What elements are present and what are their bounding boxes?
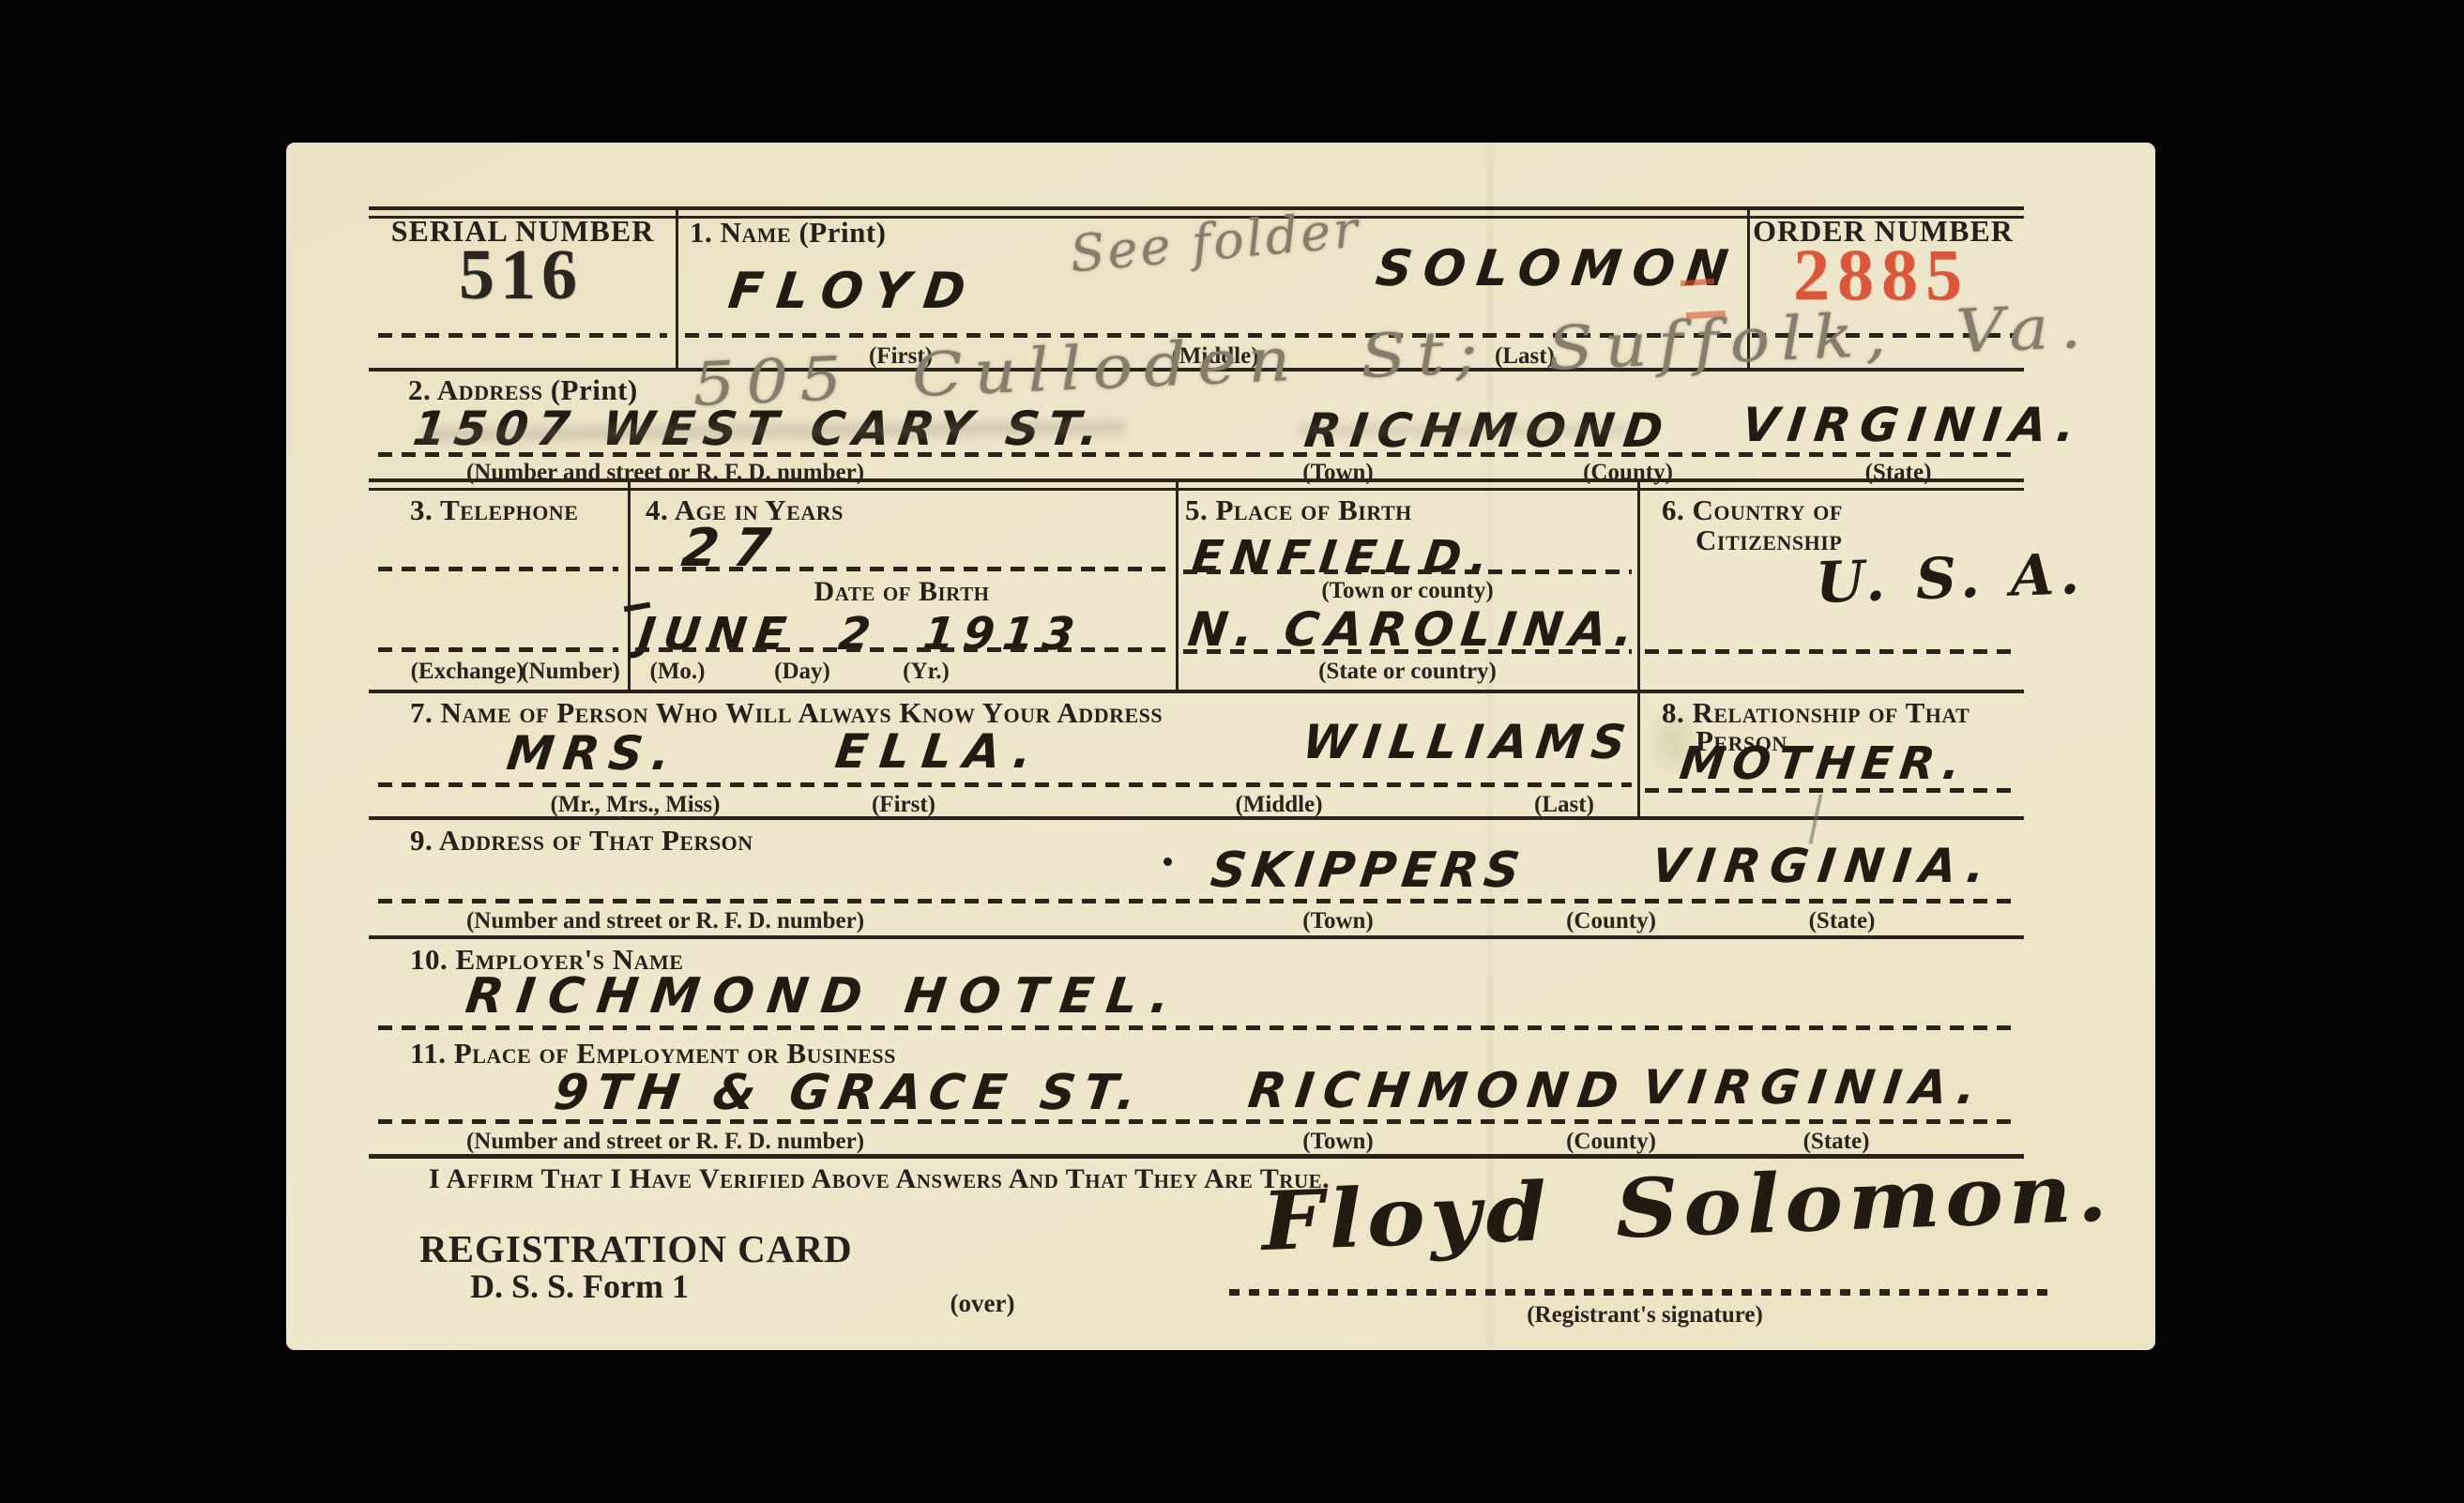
row9-bottom-border <box>369 935 2024 939</box>
contact-town-caption: (Town) <box>1302 908 1374 934</box>
name-first-value: FLOYD <box>725 263 982 320</box>
contact-state-value: VIRGINIA. <box>1649 839 1998 893</box>
serial-dashed-line <box>378 333 667 338</box>
contact-address-dashed-line <box>378 899 2020 903</box>
relationship-value: MOTHER. <box>1677 737 1970 790</box>
contact-last-caption: (Last) <box>1534 792 1594 818</box>
citizenship-value: U. S. A. <box>1815 541 2086 616</box>
telephone-label: 3. Telephone <box>410 493 578 527</box>
employment-county-caption: (County) <box>1566 1129 1656 1155</box>
signature-caption: (Registrant's signature) <box>1527 1302 1763 1328</box>
birth-citizenship-divider <box>1637 482 1640 690</box>
contact-title-caption: (Mr., Mrs., Miss) <box>551 792 721 818</box>
name-field-label: 1. Name (Print) <box>690 216 887 250</box>
contact-address-label: 9. Address of That Person <box>410 824 753 858</box>
form-number: D. S. S. Form 1 <box>470 1267 689 1306</box>
birth-town-value: ENFIELD. <box>1189 531 1500 584</box>
age-birth-divider <box>1176 482 1179 690</box>
name-label-main: 1. Name <box>690 216 791 249</box>
employment-town-value: RICHMOND <box>1245 1063 1631 1119</box>
telephone-dashed-line <box>378 647 618 652</box>
contact-surname-value: WILLIAMS <box>1300 715 1637 769</box>
contact-title-value: MRS. <box>504 726 682 781</box>
contact-town-value: SKIPPERS <box>1208 843 1529 899</box>
birth-state-caption: (State or country) <box>1318 659 1497 685</box>
employment-street-value: 9TH & GRACE ST. <box>551 1065 1148 1121</box>
address-town-caption: (Town) <box>1302 460 1374 486</box>
name-label-paren: (Print) <box>799 216 886 249</box>
contact-first-value: ELLA. <box>832 724 1047 779</box>
serial-number-value: 516 <box>459 235 583 316</box>
employment-dashed-line <box>378 1119 2020 1124</box>
address-state-value: VIRGINIA. <box>1739 398 2088 452</box>
employer-dashed-line <box>378 1025 2020 1030</box>
registrant-signature-value: Floyd Solomon. <box>1260 1145 2114 1269</box>
row3-bottom-border <box>369 690 2024 693</box>
dob-day-caption: (Day) <box>774 659 830 685</box>
date-of-birth-label: Date of Birth <box>814 576 990 608</box>
citizenship-dashed-line <box>1645 649 2018 654</box>
address-county-caption: (County) <box>1583 460 1673 486</box>
birth-dashed-line <box>1183 649 1632 654</box>
card-title: REGISTRATION CARD <box>419 1226 853 1271</box>
stray-ink-dot <box>1164 858 1172 866</box>
contact-state-caption: (State) <box>1809 908 1876 934</box>
over-note: (over) <box>951 1289 1015 1318</box>
employment-state-caption: (State) <box>1803 1129 1870 1155</box>
contact-county-caption: (County) <box>1566 908 1656 934</box>
contact-dashed-line <box>378 782 1632 787</box>
contact-street-caption: (Number and street or R. F. D. number) <box>466 908 864 934</box>
serial-name-divider <box>676 208 678 368</box>
birth-town-caption: (Town or county) <box>1321 578 1493 604</box>
employment-state-value: VIRGINIA. <box>1639 1060 1988 1115</box>
age-dashed-line <box>635 567 1168 571</box>
age-dashed-line <box>635 647 1168 652</box>
registration-card: SERIAL NUMBER 516 1. Name (Print) See fo… <box>286 143 2155 1350</box>
date-of-birth-value: JUNE 2 1913 <box>635 608 1086 660</box>
address-street-caption: (Number and street or R. F. D. number) <box>466 460 864 486</box>
signature-dotted-line <box>1229 1289 2053 1296</box>
affirmation-statement: I Affirm That I Have Verified Above Answ… <box>429 1163 1330 1195</box>
pencil-smudge-streak <box>1298 424 1626 436</box>
name-last-value: SOLOMON <box>1373 240 1742 297</box>
birth-dashed-line <box>1183 569 1632 574</box>
employment-street-caption: (Number and street or R. F. D. number) <box>466 1129 864 1155</box>
contact-middle-caption: (Middle) <box>1235 792 1322 818</box>
contact-first-caption: (First) <box>872 792 935 818</box>
telephone-exchange-caption: (Exchange) <box>411 659 525 685</box>
telephone-age-divider <box>628 482 631 690</box>
scanned-photo-background: SERIAL NUMBER 516 1. Name (Print) See fo… <box>0 0 2464 1503</box>
dob-month-caption: (Mo.) <box>650 659 706 685</box>
place-of-birth-label: 5. Place of Birth <box>1185 493 1412 527</box>
telephone-number-caption: (Number) <box>521 659 620 685</box>
relationship-dashed-line <box>1645 788 2018 793</box>
citizenship-label-line1: 6. Country of <box>1662 493 1843 527</box>
employer-name-value: RICHMOND HOTEL. <box>463 968 1186 1025</box>
dob-year-caption: (Yr.) <box>903 659 950 685</box>
address-dashed-line <box>378 452 2020 457</box>
person-relationship-divider <box>1637 690 1640 816</box>
telephone-dashed-line <box>378 567 618 571</box>
address-state-caption: (State) <box>1865 460 1932 486</box>
contact-person-label: 7. Name of Person Who Will Always Know Y… <box>410 696 1163 730</box>
employment-town-caption: (Town) <box>1302 1129 1374 1155</box>
